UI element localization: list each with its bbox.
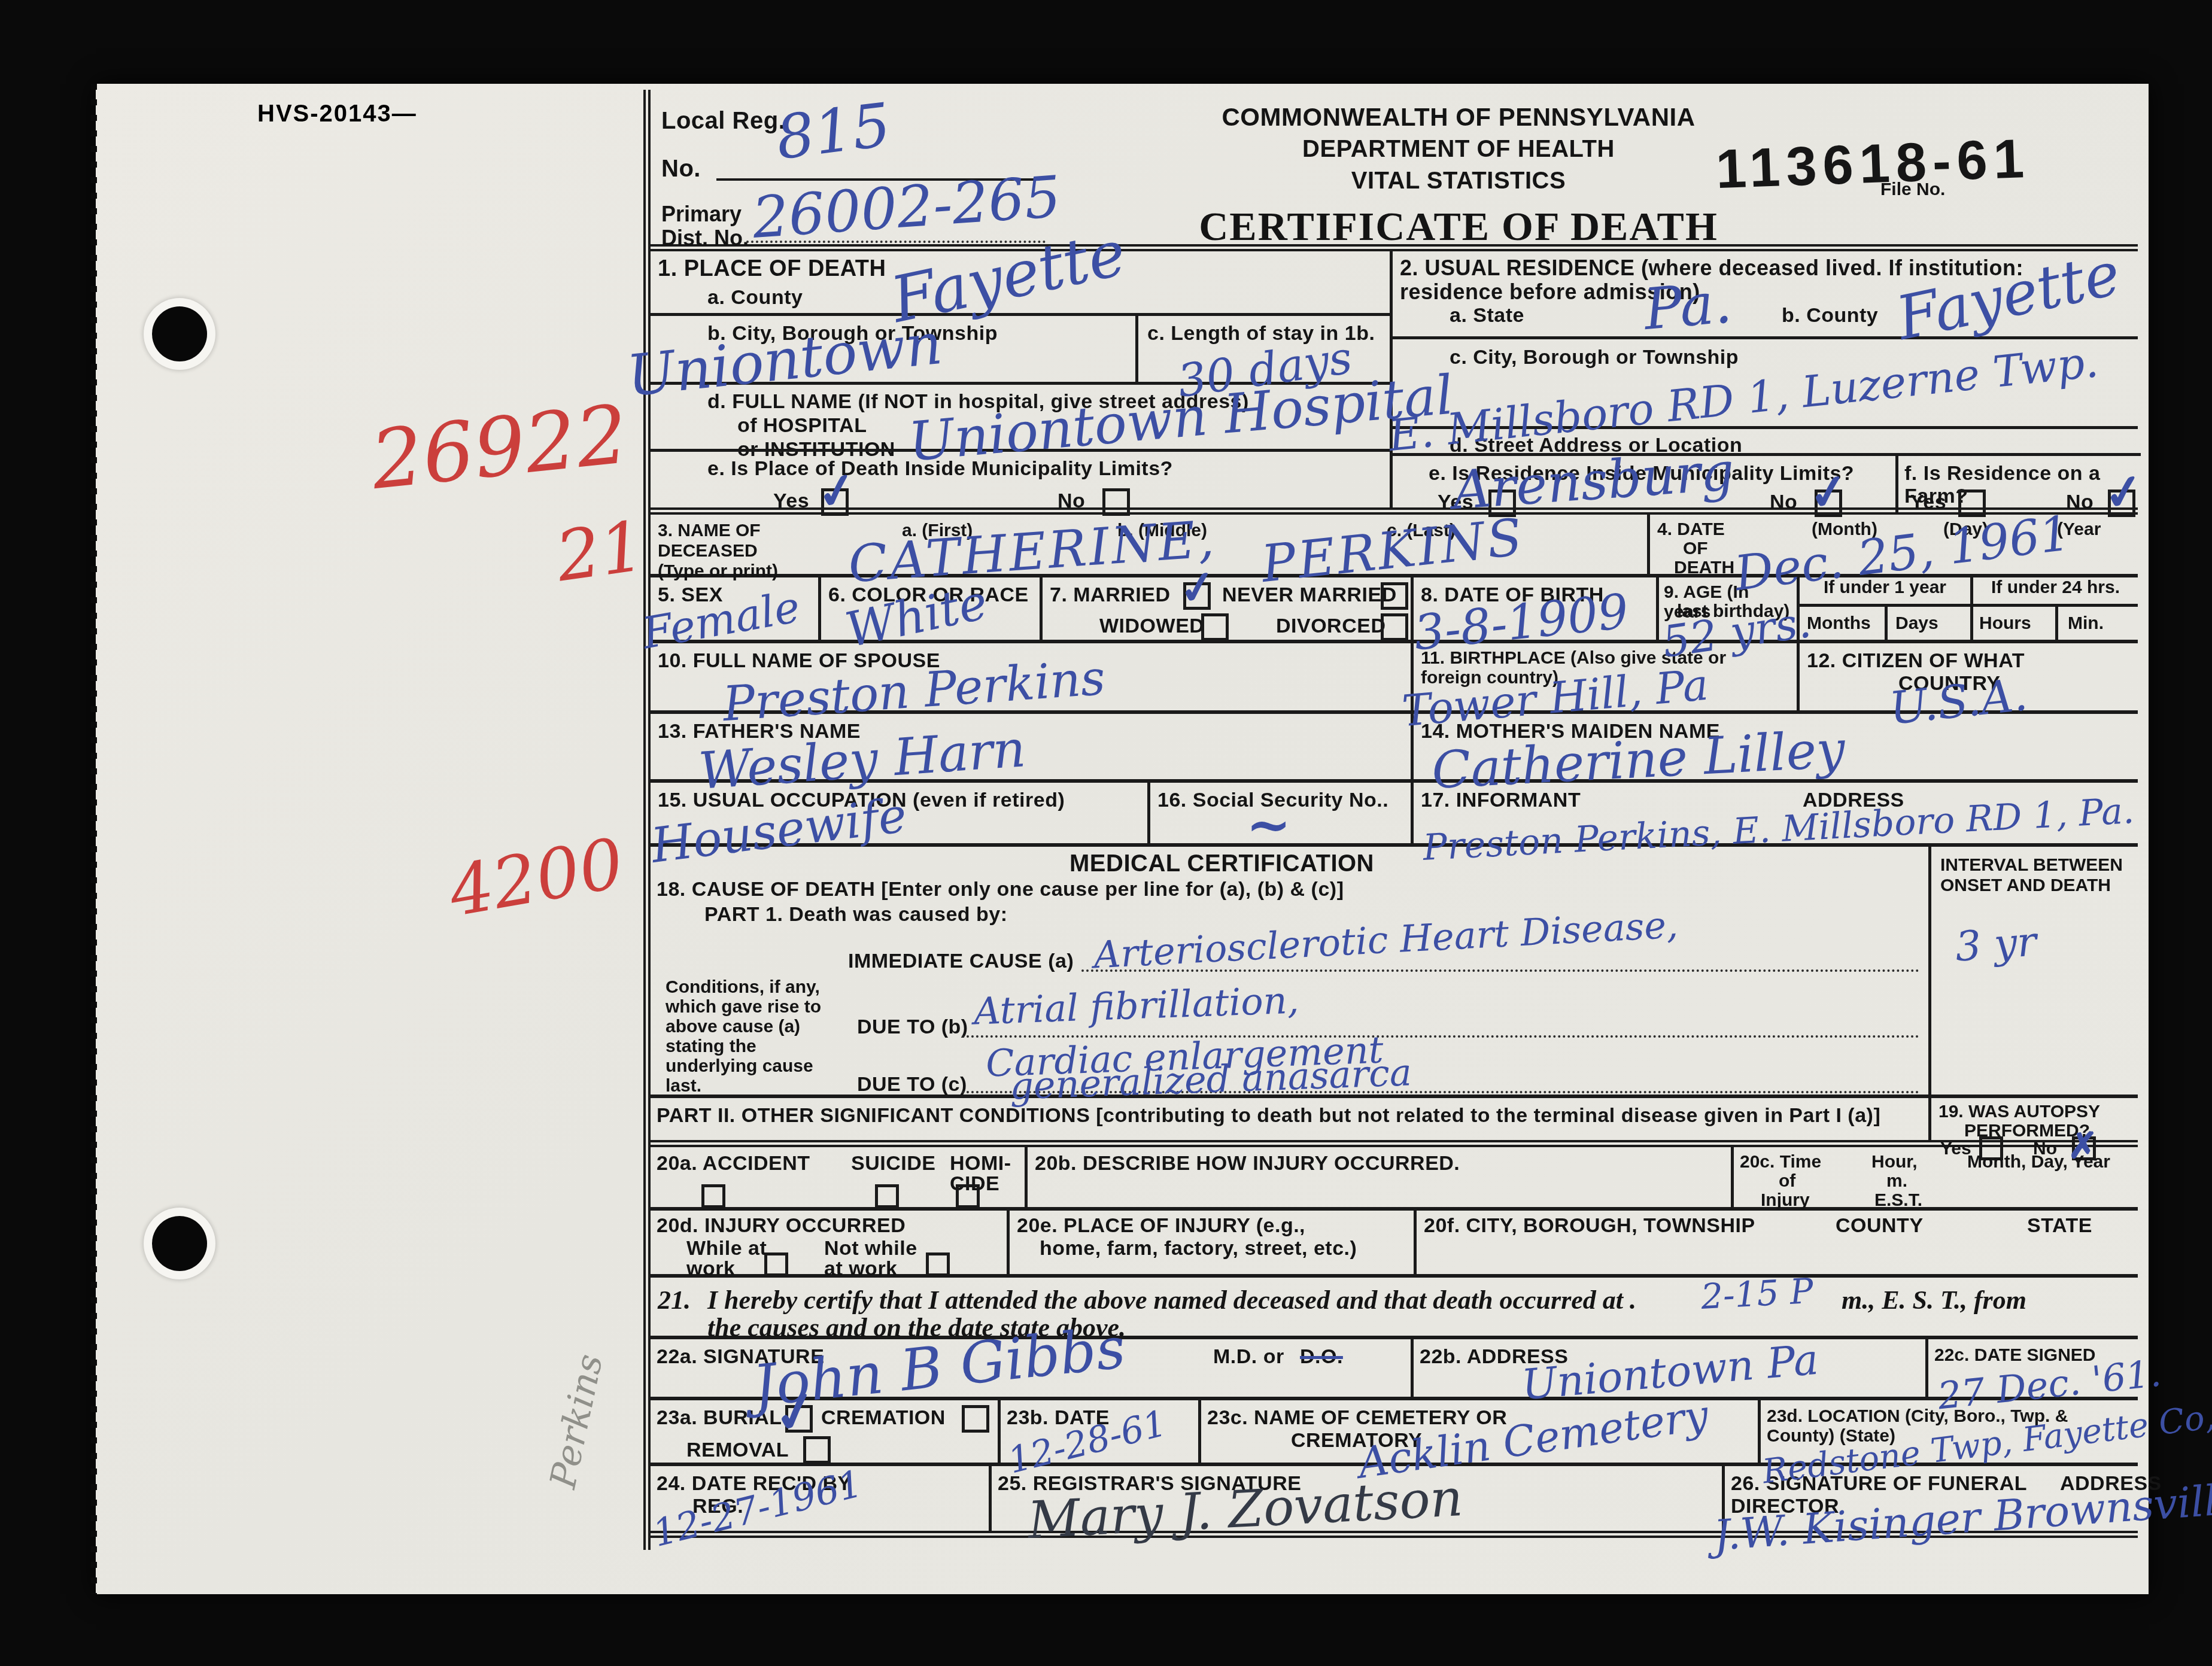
cause-of-death-box: MEDICAL CERTIFICATION 18. CAUSE OF DEATH… xyxy=(651,847,1928,1095)
header-row: Local Reg. No. 815 Primary Dist. No. 260… xyxy=(651,90,2138,251)
red-index-number-2: 21 xyxy=(552,512,649,592)
due-to-b-label: DUE TO (b) xyxy=(857,1016,968,1038)
part2-label: PART II. OTHER SIGNIFICANT CONDITIONS [c… xyxy=(657,1104,1919,1127)
widowed-checkbox[interactable] xyxy=(1201,613,1229,641)
interval-label-2: ONSET AND DEATH xyxy=(1940,875,2111,895)
place-of-death-box: 1. PLACE OF DEATH a. County Fayette b. C… xyxy=(651,251,1390,507)
form-number-stamp: HVS-20143— xyxy=(257,101,417,127)
part2-box: PART II. OTHER SIGNIFICANT CONDITIONS [c… xyxy=(651,1098,1928,1140)
injury-time-label-3: Injury xyxy=(1761,1190,1810,1210)
cause-of-death-label: 18. CAUSE OF DEATH [Enter only one cause… xyxy=(657,878,1344,901)
farm-no-label: No xyxy=(2066,491,2093,513)
divider xyxy=(1393,336,2138,339)
injury-row-2: 20d. INJURY OCCURRED While at work Not w… xyxy=(651,1211,2138,1278)
married-checkmark: ✓ xyxy=(1176,563,1220,613)
married-label: 7. MARRIED xyxy=(1050,583,1170,606)
homicide-label-1: HOMI- xyxy=(950,1152,1011,1175)
department-line: DEPARTMENT OF HEALTH xyxy=(1129,136,1788,163)
ssn-value: ~ xyxy=(1246,798,1291,852)
injury-county-label: COUNTY xyxy=(1836,1214,1924,1237)
medical-certification-row: MEDICAL CERTIFICATION 18. CAUSE OF DEATH… xyxy=(651,847,2138,1098)
pencil-surname-note: Perkins xyxy=(542,1351,612,1492)
physician-signature-box: 22a. SIGNATURE M.D. or D.O. John B Gibbs xyxy=(651,1339,1411,1397)
conditions-note: Conditions, if any, which gave rise to a… xyxy=(666,977,845,1096)
accident-suicide-homicide-box: 20a. ACCIDENT SUICIDE HOMI- CIDE xyxy=(651,1147,1025,1207)
ssn-box: 16. Social Security No.. ~ xyxy=(1147,783,1411,843)
while-at-label: While at xyxy=(686,1237,767,1260)
certificate-title: CERTIFICATE OF DEATH xyxy=(1129,203,1788,250)
burial-date-box: 23b. DATE 12-28-61 xyxy=(998,1400,1198,1463)
interval-box: INTERVAL BETWEEN ONSET AND DEATH 3 yr xyxy=(1928,847,2138,1095)
residence-no-checkmark: ✓ xyxy=(1806,466,1852,519)
days-label: Days xyxy=(1895,613,1938,633)
place-of-death-title: 1. PLACE OF DEATH xyxy=(658,256,886,282)
primary-label: Primary xyxy=(661,202,742,226)
name-title-1: 3. NAME OF xyxy=(658,521,761,540)
interval-value: 3 yr xyxy=(1954,922,2038,968)
injury-row-1: 20a. ACCIDENT SUICIDE HOMI- CIDE 20b. DE… xyxy=(651,1147,2138,1211)
injury-occurred-box: 20d. INJURY OCCURRED While at work Not w… xyxy=(651,1211,1007,1274)
file-no-stamp: 113618-61 xyxy=(1715,127,2031,201)
registrar-box: 25. REGISTRAR'S SIGNATURE Mary J. Zovats… xyxy=(989,1466,1722,1531)
describe-injury-box: 20b. DESCRIBE HOW INJURY OCCURRED. xyxy=(1025,1147,1731,1207)
residence-row: 1. PLACE OF DEATH a. County Fayette b. C… xyxy=(651,251,2138,515)
divider xyxy=(1800,604,2138,607)
widowed-label: WIDOWED xyxy=(1099,615,1204,637)
citizen-box: 12. CITIZEN OF WHAT COUNTRY U.S.A. xyxy=(1797,643,2138,710)
under-24-hrs-header: If under 24 hrs. xyxy=(1970,577,2141,604)
vital-statistics-line: VITAL STATISTICS xyxy=(1129,168,1788,194)
local-registration-block: Local Reg. No. 815 Primary Dist. No. 260… xyxy=(651,90,1129,244)
local-reg-label: Local Reg. xyxy=(661,108,785,135)
md-label: M.D. or xyxy=(1213,1345,1284,1368)
place-of-injury-label-2: home, farm, factory, street, etc.) xyxy=(1040,1237,1357,1260)
divider xyxy=(1135,313,1138,382)
work-label: work xyxy=(686,1257,735,1280)
at-work-label: at work xyxy=(824,1257,898,1280)
state-value: Pa. xyxy=(1642,275,1734,339)
no-label: No xyxy=(1058,490,1085,512)
cause-a-value: Arteriosclerotic Heart Disease, xyxy=(1093,906,1679,974)
burial-row: 23a. BURIAL ✓ CREMATION REMOVAL 23b. DAT… xyxy=(651,1400,2138,1466)
physician-row: 22a. SIGNATURE M.D. or D.O. John B Gibbs… xyxy=(651,1339,2138,1400)
removal-label: REMOVAL xyxy=(686,1439,789,1461)
homicide-checkbox[interactable] xyxy=(956,1184,980,1208)
immediate-cause-label: IMMEDIATE CAUSE (a) xyxy=(848,950,1074,972)
name-title-2: DECEASED xyxy=(658,541,758,561)
date-of-death-title-3: DEATH xyxy=(1674,558,1734,577)
date-of-birth-box: 8. DATE OF BIRTH 3-8-1909 xyxy=(1411,577,1656,640)
divider xyxy=(651,313,1390,316)
divider xyxy=(1885,604,1888,643)
certify-text-1: I hereby certify that I attended the abo… xyxy=(707,1285,1636,1315)
not-while-label: Not while xyxy=(824,1237,917,1260)
local-reg-no-label: No. xyxy=(661,156,701,183)
never-married-checkbox[interactable] xyxy=(1381,582,1408,610)
describe-injury-label: 20b. DESCRIBE HOW INJURY OCCURRED. xyxy=(1035,1152,1460,1175)
divider xyxy=(1895,453,2141,456)
punch-hole-top xyxy=(152,306,207,361)
divorced-checkbox[interactable] xyxy=(1381,613,1408,641)
divorced-label: DIVORCED xyxy=(1276,615,1385,637)
autopsy-label-1: 19. WAS AUTOPSY xyxy=(1938,1102,2100,1121)
file-number-block: File No. 113618-61 xyxy=(1788,90,2138,244)
date-signed-box: 22c. DATE SIGNED 27 Dec. '61. xyxy=(1925,1339,2138,1397)
dist-no-label: Dist. No. xyxy=(661,226,749,250)
injury-hour-label-3: E.S.T. xyxy=(1874,1190,1922,1210)
medical-certification-title: MEDICAL CERTIFICATION xyxy=(1069,850,1374,877)
min-label: Min. xyxy=(2068,613,2104,633)
divider xyxy=(1895,453,1898,515)
death-time-value: 2-15 P xyxy=(1700,1273,1815,1314)
cause-b-value: Atrial fibrillation, xyxy=(973,982,1299,1030)
under-24-hrs-label: If under 24 hrs. xyxy=(1991,577,2120,597)
date-of-death-box: 4. DATE OF DEATH (Month) (Day) (Year Dec… xyxy=(1647,515,2138,574)
months-label: Months xyxy=(1807,613,1871,633)
certify-box: 21. I hereby certify that I attended the… xyxy=(651,1278,2138,1336)
injury-location-box: 20f. CITY, BOROUGH, TOWNSHIP COUNTY STAT… xyxy=(1414,1211,2138,1274)
accident-checkbox[interactable] xyxy=(701,1184,725,1208)
part1-label: PART 1. Death was caused by: xyxy=(704,903,1008,926)
red-index-number-3: 4200 xyxy=(444,829,628,927)
certificate-form: Local Reg. No. 815 Primary Dist. No. 260… xyxy=(643,90,2138,1550)
yes-label: Yes xyxy=(773,490,809,512)
farm-yes-label: Yes xyxy=(1910,491,1946,513)
while-at-work-checkbox[interactable] xyxy=(764,1252,788,1276)
injury-city-label: 20f. CITY, BOROUGH, TOWNSHIP xyxy=(1424,1214,1755,1237)
certificate-paper: HVS-20143— 26922 21 4200 Perkins Local R… xyxy=(96,84,2149,1594)
residence-no-label: No xyxy=(1770,491,1797,513)
scanned-death-certificate: HVS-20143— 26922 21 4200 Perkins Local R… xyxy=(0,0,2212,1666)
place-of-injury-label-1: 20e. PLACE OF INJURY (e.g., xyxy=(1017,1214,1305,1237)
sex-box: 5. SEX Female xyxy=(651,577,818,640)
registration-row: 24. DATE REC'D BY REG. 12-27-1961 25. RE… xyxy=(651,1466,2138,1538)
divider xyxy=(2055,604,2058,643)
place-of-injury-box: 20e. PLACE OF INJURY (e.g., home, farm, … xyxy=(1007,1211,1414,1274)
occupation-row: 15. USUAL OCCUPATION (even if retired) H… xyxy=(651,783,2138,847)
hospital-label-2: of HOSPITAL xyxy=(737,414,867,437)
residence-county-label: b. County xyxy=(1782,304,1878,327)
name-of-deceased-box: 3. NAME OF DECEASED (Type or print) a. (… xyxy=(651,515,1647,574)
header-title-block: COMMONWEALTH OF PENNSYLVANIA DEPARTMENT … xyxy=(1129,90,1788,244)
do-label: D.O. xyxy=(1300,1345,1343,1368)
no-checkbox[interactable] xyxy=(1102,488,1130,516)
certify-number: 21. xyxy=(658,1285,691,1315)
injury-hour-label-1: Hour, xyxy=(1871,1152,1918,1172)
suicide-label: SUICIDE xyxy=(851,1152,935,1175)
local-reg-value: 815 xyxy=(773,95,894,169)
residence-city-label: c. City, Borough or Township xyxy=(1450,346,1739,369)
suicide-checkbox[interactable] xyxy=(875,1184,899,1208)
hours-label: Hours xyxy=(1979,613,2031,633)
due-to-c-label: DUE TO (c) xyxy=(857,1073,967,1096)
spouse-box: 10. FULL NAME OF SPOUSE Preston Perkins xyxy=(651,643,1411,710)
yes-checkmark: ✓ xyxy=(813,464,861,518)
injury-occurred-label: 20d. INJURY OCCURRED xyxy=(657,1214,906,1237)
usual-residence-box: 2. USUAL RESIDENCE (where deceased lived… xyxy=(1390,251,2138,507)
cremation-checkbox[interactable] xyxy=(962,1405,989,1433)
accident-label: 20a. ACCIDENT xyxy=(657,1152,810,1175)
certify-row: 21. I hereby certify that I attended the… xyxy=(651,1278,2138,1339)
physician-address-box: 22b. ADDRESS Uniontown Pa xyxy=(1411,1339,1925,1397)
injury-time-label-2: of xyxy=(1779,1171,1795,1191)
citizen-label-1: 12. CITIZEN OF WHAT xyxy=(1807,649,2025,672)
autopsy-no-mark: ✗ xyxy=(2068,1128,2098,1164)
date-of-death-title-1: 4. DATE xyxy=(1657,519,1725,539)
farm-no-checkmark: ✓ xyxy=(2101,466,2147,519)
farm-yes-checkbox[interactable] xyxy=(1958,490,1986,517)
date-received-box: 24. DATE REC'D BY REG. 12-27-1961 xyxy=(651,1466,989,1531)
interval-label-1: INTERVAL BETWEEN xyxy=(1940,855,2123,875)
state-label: a. State xyxy=(1450,304,1524,327)
county-label: a. County xyxy=(707,286,803,309)
not-while-at-work-checkbox[interactable] xyxy=(926,1252,950,1276)
commonwealth-line: COMMONWEALTH OF PENNSYLVANIA xyxy=(1129,103,1788,131)
certify-text-2: m., E. S. T., from xyxy=(1842,1285,2026,1315)
marital-status-box: 7. MARRIED ✓ NEVER MARRIED WIDOWED DIVOR… xyxy=(1040,577,1411,640)
spouse-row: 10. FULL NAME OF SPOUSE Preston Perkins … xyxy=(651,643,2138,714)
punch-hole-bottom xyxy=(152,1216,207,1271)
cemetery-box: 23c. NAME OF CEMETERY OR CREMATORY Ackli… xyxy=(1198,1400,1758,1463)
red-index-number: 26922 xyxy=(367,394,631,501)
injury-hour-label-2: m. xyxy=(1886,1171,1907,1191)
name-row: 3. NAME OF DECEASED (Type or print) a. (… xyxy=(651,515,2138,577)
citizen-value: U.S.A. xyxy=(1888,672,2029,731)
injury-time-label-1: 20c. Time xyxy=(1740,1152,1821,1172)
autopsy-box: 19. WAS AUTOPSY PERFORMED? Yes No ✗ xyxy=(1928,1098,2138,1140)
part2-row: PART II. OTHER SIGNIFICANT CONDITIONS [c… xyxy=(651,1098,2138,1147)
injury-state-label: STATE xyxy=(2027,1214,2092,1237)
date-of-death-title-2: OF xyxy=(1683,539,1708,558)
